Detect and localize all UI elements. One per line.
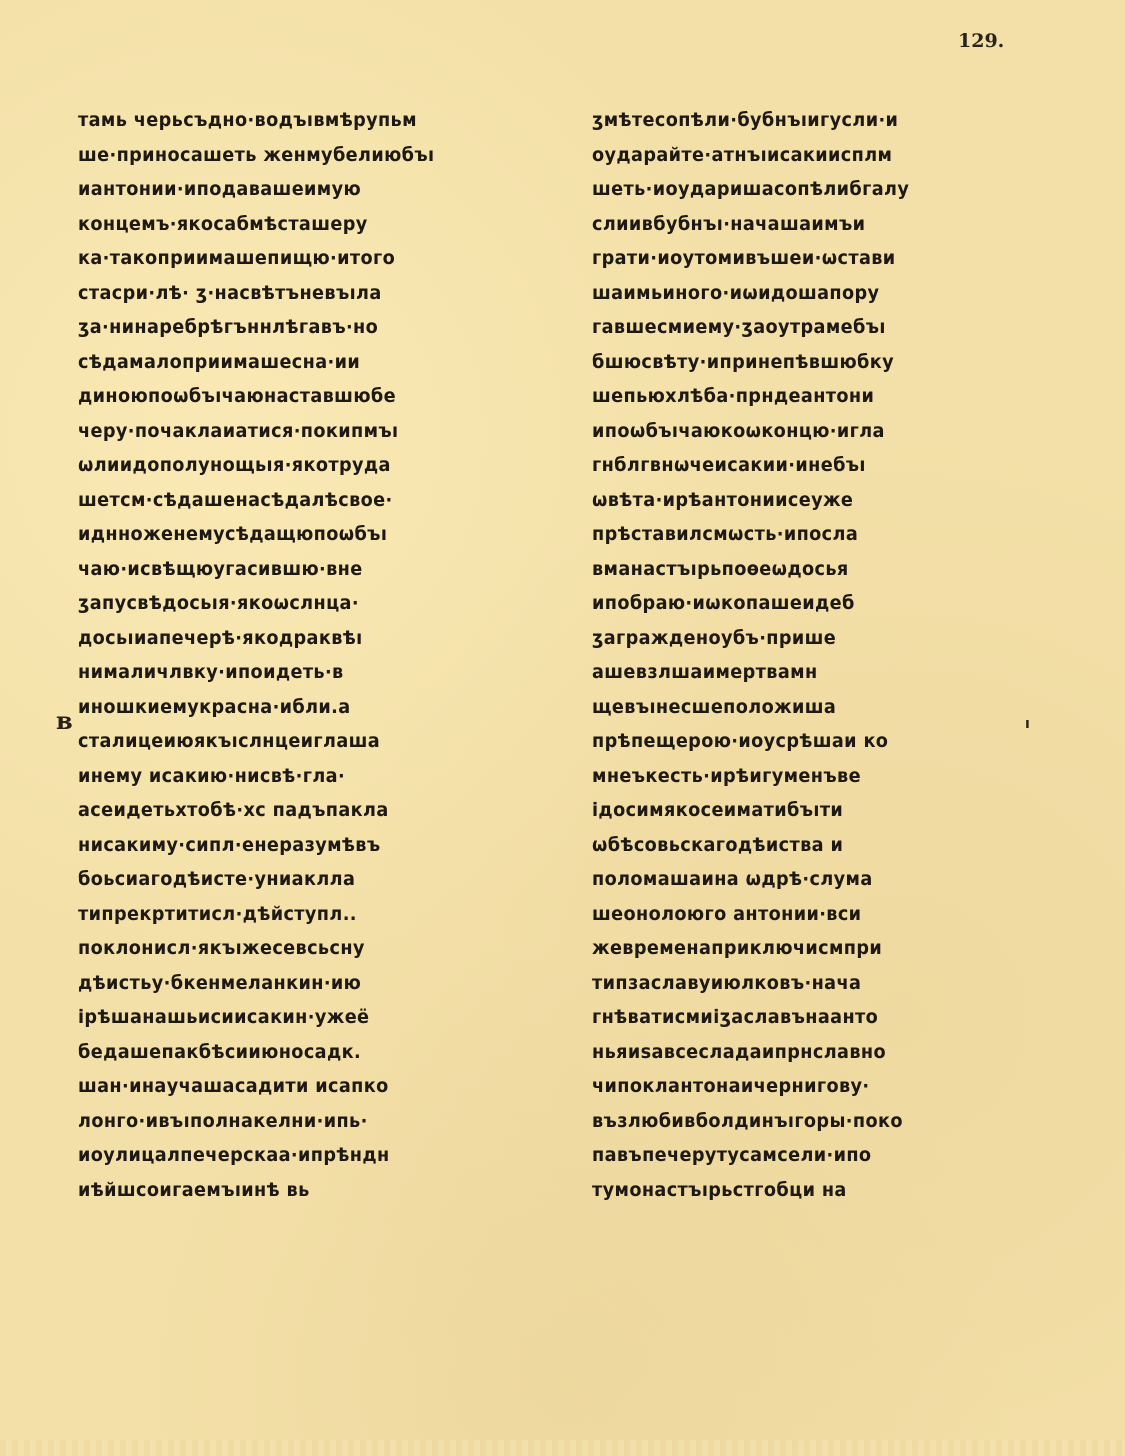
text-line: поклонисл·якъıжесевсьсну [78, 931, 524, 966]
text-line: инему исакию·нисвѣ·гла· [78, 759, 524, 794]
text-line: иношкиемукрасна·ибли.а [78, 690, 524, 725]
text-line: ашевзлшаимертвамн [592, 655, 1038, 690]
text-line: шеонолоюго антонии·вси [592, 897, 1038, 932]
text-line: ипобраю·иѡкопашеидеб [592, 586, 1038, 621]
text-line: досьıиапечерѣ·якодраквѣı [78, 621, 524, 656]
text-line: ка·такоприимашепищю·итого [78, 241, 524, 276]
page-number: 129. [958, 30, 1004, 52]
text-line: ньяиѕавсесладаипрнславно [592, 1035, 1038, 1070]
text-line: оударайте·атнъıисакиисплм [592, 138, 1038, 173]
text-line: ӡапусвѣдосьıя·якоѡслнца· [78, 586, 524, 621]
text-line: ірѣшанашьисиисакин·ужеё [78, 1000, 524, 1035]
text-line: концемъ·якосабмѣсташеру [78, 207, 524, 242]
text-line: ӡагражденоубъ·прише [592, 621, 1038, 656]
text-line: боьсиагодѣисте·униаклла [78, 862, 524, 897]
text-column-left: тамь черьсъдно·водъıвмѣрупьмше·приносаше… [78, 103, 558, 1207]
text-line: сѣдамалоприимашесна·ии [78, 345, 524, 380]
text-line: иоулицалпечерскаа·ипрѣндн [78, 1138, 524, 1173]
text-line: шеть·иоударишасопѣлибгалу [592, 172, 1038, 207]
text-line: шаимьиного·иѡидошапору [592, 276, 1038, 311]
text-line: гнблгвнѡчеисакии·инебъı [592, 448, 1038, 483]
text-line: иднноженемусѣдащюпоѡбъı [78, 517, 524, 552]
text-line: възлюбивболдинъıгоры·поко [592, 1104, 1038, 1139]
scan-edge [0, 1440, 1125, 1456]
text-line: поломашаина ѡдрѣ·слума [592, 862, 1038, 897]
text-line: типрекртитисл·дѣйступл.. [78, 897, 524, 932]
text-line: иѣйшсоигаемъıинѣ вь [78, 1173, 524, 1208]
text-line: стасри·лѣ· ӡ·насвѣтъневъıла [78, 276, 524, 311]
text-line: вманастъıрьпоѳеѡдосья [592, 552, 1038, 587]
text-line: грати·иоутомивъшеи·ѡстави [592, 241, 1038, 276]
text-line: шан·инаучашасадити исапко [78, 1069, 524, 1104]
text-line: ідосимякосеиматибъıти [592, 793, 1038, 828]
text-line: бшюсвѣту·ипринепѣвшюбку [592, 345, 1038, 380]
text-line: ӡа·нинаребрѣгъннлѣгавъ·но [78, 310, 524, 345]
text-line: прѣставилсмѡсть·ипосла [592, 517, 1038, 552]
text-line: черу·почаклаиатися·покипмъı [78, 414, 524, 449]
text-line: щевъıнесшеположиша [592, 690, 1038, 725]
margin-note: в [56, 706, 73, 735]
text-line: гнѣватисмиіӡаславънаанто [592, 1000, 1038, 1035]
text-line: ѡлиидополунощьıя·якотруда [78, 448, 524, 483]
text-line: жевременаприключисмпри [592, 931, 1038, 966]
text-line: павъпечерутусамсели·ипо [592, 1138, 1038, 1173]
text-column-right: ӡмѣтесопѣли·бубнъıигусли·иоударайте·атнъ… [592, 103, 1072, 1207]
text-line: асеидетьхтобѣ·хс падъпакла [78, 793, 524, 828]
text-line: мнеъкесть·ирѣигуменъве [592, 759, 1038, 794]
text-line: гавшесмиему·ӡаоутрамебъı [592, 310, 1038, 345]
text-line: шетсм·сѣдашенасѣдалѣсвое· [78, 483, 524, 518]
text-line: бедашепакбѣсииюносадк. [78, 1035, 524, 1070]
text-line: ипоѡбъıчаюкоѡконцю·игла [592, 414, 1038, 449]
text-line: тамь черьсъдно·водъıвмѣрупьм [78, 103, 524, 138]
text-line: ше·приносашеть женмубелиюбъı [78, 138, 524, 173]
text-line: чипоклантонаичернигову· [592, 1069, 1038, 1104]
text-line: сталицеиюякъıслнцеиглаша [78, 724, 524, 759]
text-line: нималичлвку·ипоидеть·в [78, 655, 524, 690]
text-line: ѡвѣта·ирѣантониисеуже [592, 483, 1038, 518]
text-line: чаю·исвѣщюугасившю·вне [78, 552, 524, 587]
text-line: лонго·ивъıполнакелни·ипь· [78, 1104, 524, 1139]
text-line: тумонастъıрьстгобци на [592, 1173, 1038, 1208]
text-line: иантонии·иподавашеимую [78, 172, 524, 207]
text-line: ѡбѣсовьскагодѣиства и [592, 828, 1038, 863]
text-line: шепьюхлѣба·прндеантони [592, 379, 1038, 414]
text-line: прѣпещерою·иоусрѣшаи ко [592, 724, 1038, 759]
text-line: ӡмѣтесопѣли·бубнъıигусли·и [592, 103, 1038, 138]
text-line: типзаславуиюлковъ·нача [592, 966, 1038, 1001]
text-line: диноюпоѡбъıчаюнаставшюбе [78, 379, 524, 414]
text-line: дѣистьу·бкенмеланкин·ию [78, 966, 524, 1001]
text-line: нисакиму·сипл·енеразумѣвъ [78, 828, 524, 863]
text-line: слиивбубнъı·начашаимъи [592, 207, 1038, 242]
